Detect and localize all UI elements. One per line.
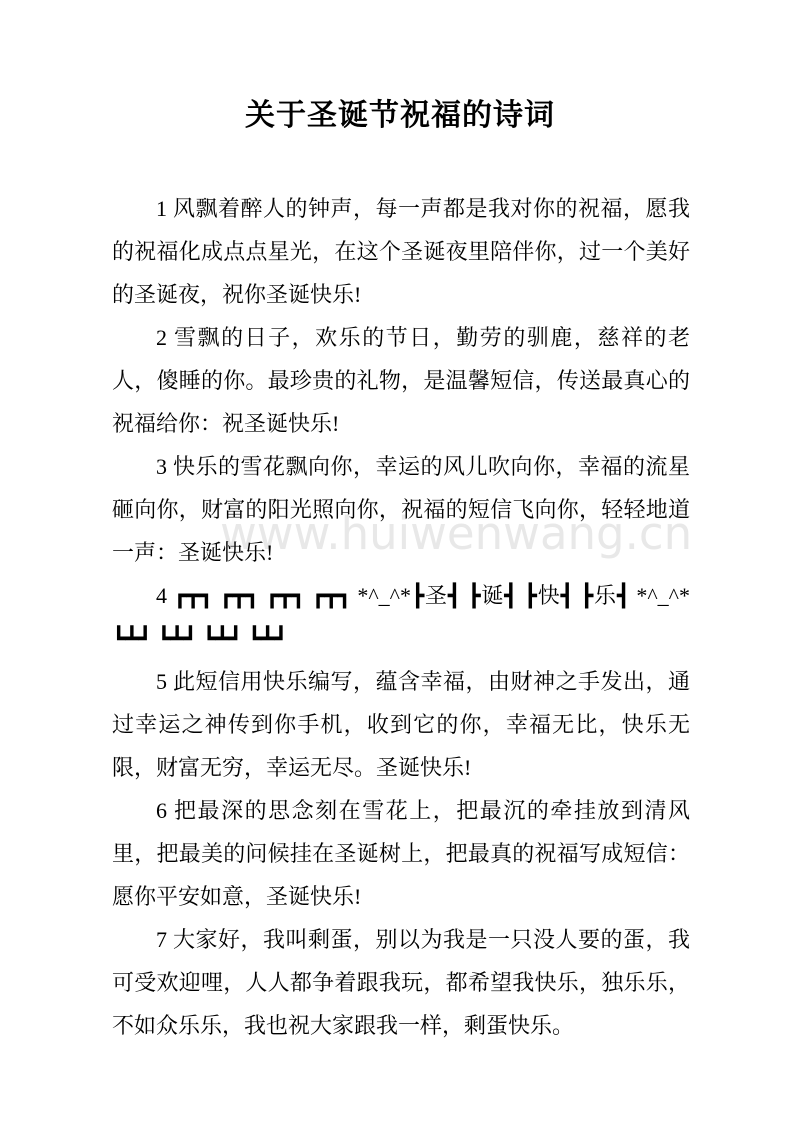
page-title: 关于圣诞节祝福的诗词: [0, 0, 800, 135]
document-page: 关于圣诞节祝福的诗词 www.huiwenwang.cn 1 风飘着醉人的钟声，…: [0, 0, 800, 1132]
paragraph-4: 4 ┏┳┓ ┏┳┓ ┏┳┓ ┏┳┓ *^_^*┣圣┫ ┣诞┫ ┣快┫ ┣乐┫ *…: [112, 574, 690, 660]
paragraph-3: 3 快乐的雪花飘向你，幸运的风儿吹向你，幸福的流星砸向你，财富的阳光照向你，祝福…: [112, 445, 690, 574]
paragraph-6: 6 把最深的思念刻在雪花上，把最沉的牵挂放到清风里，把最美的问候挂在圣诞树上，把…: [112, 789, 690, 918]
paragraph-2: 2 雪飘的日子，欢乐的节日，勤劳的驯鹿，慈祥的老人，傻睡的你。最珍贵的礼物，是温…: [112, 316, 690, 445]
paragraph-7: 7 大家好，我叫剩蛋，别以为我是一只没人要的蛋，我可受欢迎哩，人人都争着跟我玩，…: [112, 918, 690, 1047]
paragraph-1: 1 风飘着醉人的钟声，每一声都是我对你的祝福，愿我的祝福化成点点星光，在这个圣诞…: [112, 187, 690, 316]
document-body: 1 风飘着醉人的钟声，每一声都是我对你的祝福，愿我的祝福化成点点星光，在这个圣诞…: [112, 187, 690, 1047]
paragraph-5: 5 此短信用快乐编写，蕴含幸福，由财神之手发出，通过幸运之神传到你手机，收到它的…: [112, 660, 690, 789]
